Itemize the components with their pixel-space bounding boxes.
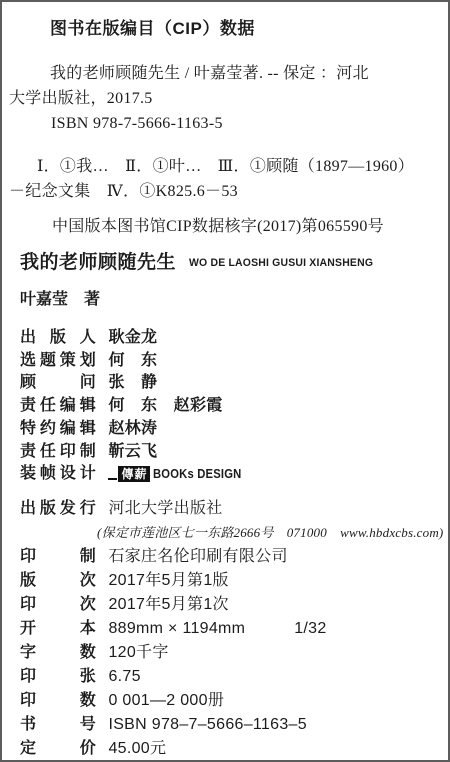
colophon-row-publisher: 出版发行 河北大学出版社 [20,497,448,521]
colophon-label: 印数 [20,689,96,713]
colophon-row-format: 开本 889mm × 1194mm 1/32 [20,617,448,641]
colophon-value: 889mm × 1194mm 1/32 [108,620,326,637]
colophon-label: 版次 [20,569,96,593]
colophon-label: 出版发行 [20,497,96,521]
colophon-value: 2017年5月第1版 [108,572,228,589]
colophon-value: 0 001—2 000册 [108,692,224,709]
colophon-label: 开本 [20,617,96,641]
credit-value: 靳云飞 [108,443,157,460]
cip-classification-line1: Ⅰ．①我… Ⅱ．①叶… Ⅲ．①顾随（1897—1960） [9,154,442,179]
cip-title-statement-line1: 我的老师顾随先生 / 叶嘉莹著. -- 保定 ：河北 [9,61,442,86]
colophon-label: 字数 [20,641,96,665]
cip-title-statement-line2: 大学出版社，2017.5 [9,86,442,111]
colophon-label: 印张 [20,665,96,689]
colophon-label: 书号 [20,713,96,737]
book-title-pinyin: WO DE LAOSHI GUSUI XIANSHENG [189,250,373,276]
credit-label: 顾问 [20,372,96,395]
colophon-value: 2017年5月第1次 [108,596,228,613]
credit-value: 何 东 [108,352,157,369]
colophon-label: 定价 [20,737,96,761]
author-line: 叶嘉莹 著 [20,289,448,311]
colophon-row-price: 定价 45.00元 [20,737,448,761]
design-studio-logo: 傳薪 BOOKs DESIGN [108,466,251,482]
credit-row-planning: 选题策划 何 东 [20,350,448,373]
credit-row-responsible-editor: 责任编辑 何 东 赵彩霞 [20,395,448,418]
logo-underscore-mark [108,478,117,480]
colophon-block: 出版发行 河北大学出版社 (保定市莲池区七一东路2666号 071000 www… [20,497,448,761]
copyright-page: 图书在版编目（CIP）数据 我的老师顾随先生 / 叶嘉莹著. -- 保定 ：河北… [0,0,450,762]
credit-label: 责任印制 [20,441,96,464]
credit-label: 出版人 [20,327,96,350]
colophon-row-print-run: 印数 0 001—2 000册 [20,689,448,713]
colophon-value: 120千字 [108,644,168,661]
credit-row-publisher-person: 出版人 耿金龙 [20,327,448,350]
credit-label: 特约编辑 [20,418,96,441]
colophon-row-edition: 版次 2017年5月第1版 [20,569,448,593]
cip-block: 图书在版编目（CIP）数据 我的老师顾随先生 / 叶嘉莹著. -- 保定 ：河北… [2,2,448,239]
logo-wordmark: BOOKs DESIGN [153,466,241,482]
cip-heading: 图书在版编目（CIP）数据 [9,16,442,41]
credit-row-special-editor: 特约编辑 赵林涛 [20,418,448,441]
credit-row-consultant: 顾问 张 静 [20,372,448,395]
credit-label: 责任编辑 [20,395,96,418]
title-line: 我的老师顾随先生 WO DE LAOSHI GUSUI XIANSHENG [20,250,448,277]
colophon-row-printer: 印制 石家庄名伦印刷有限公司 [20,545,448,569]
credit-value: 耿金龙 [108,329,157,346]
cip-classification-line2: －纪念文集 Ⅳ．①K825.6－53 [9,179,442,204]
publisher-address-note: (保定市莲池区七一东路2666号 071000 www.hbdxcbs.com) [97,521,448,545]
credit-value: 何 东 赵彩霞 [108,397,222,414]
book-title-chinese: 我的老师顾随先生 [20,252,176,273]
colophon-value: 河北大学出版社 [108,500,222,517]
credit-row-book-design: 装帧设计 傳薪 BOOKs DESIGN [20,463,448,486]
colophon-label: 印制 [20,545,96,569]
colophon-row-isbn: 书号 ISBN 978–7–5666–1163–5 [20,713,448,737]
colophon-value: 石家庄名伦印刷有限公司 [108,548,287,565]
colophon-value: 45.00元 [108,740,166,757]
colophon-row-sheets: 印张 6.75 [20,665,448,689]
credit-row-print-supervisor: 责任印制 靳云飞 [20,441,448,464]
credit-label: 装帧设计 [20,463,96,486]
colophon-label: 印次 [20,593,96,617]
colophon-value: ISBN 978–7–5666–1163–5 [108,716,306,733]
colophon-value: 6.75 [108,668,140,685]
credits-list: 出版人 耿金龙 选题策划 何 东 顾问 张 静 责任编辑 何 东 赵彩霞 特约编… [20,327,448,486]
credit-value: 赵林涛 [108,420,157,437]
credit-value: 张 静 [108,374,157,391]
title-block: 我的老师顾随先生 WO DE LAOSHI GUSUI XIANSHENG 叶嘉… [20,250,448,311]
colophon-row-impression: 印次 2017年5月第1次 [20,593,448,617]
colophon-row-word-count: 字数 120千字 [20,641,448,665]
cip-isbn-line: ISBN 978-7-5666-1163-5 [9,111,442,136]
credit-label: 选题策划 [20,350,96,373]
logo-box-text: 傳薪 [118,466,150,482]
cip-record-number-line: 中国版本图书馆CIP数据核字(2017)第065590号 [9,214,442,239]
